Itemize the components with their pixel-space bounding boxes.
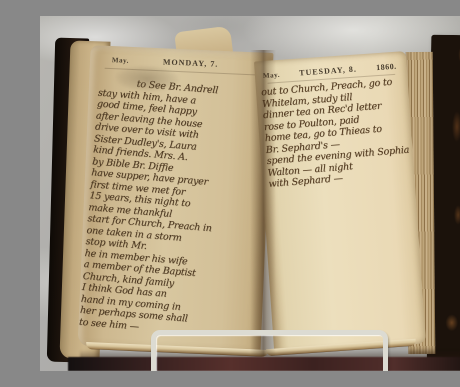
book-gutter [250,50,276,356]
left-diary-page: May. MONDAY, 7. to See Br. Andrellstay w… [78,45,274,354]
right-handwriting: out to Church, Preach, go toWhitelam, st… [261,74,426,190]
wire-book-stand [151,330,388,371]
right-day-header: TUESDAY, 8. [299,65,357,78]
right-diary-page: May. TUESDAY, 8. 1860. out to Church, Pr… [254,51,426,354]
ink-smudge [115,64,180,93]
right-year-label: 1860. [376,62,397,72]
diary-photo: May. MONDAY, 7. to See Br. Andrellstay w… [40,16,460,371]
left-handwriting: to See Br. Andrellstay with him, have ag… [79,76,274,343]
